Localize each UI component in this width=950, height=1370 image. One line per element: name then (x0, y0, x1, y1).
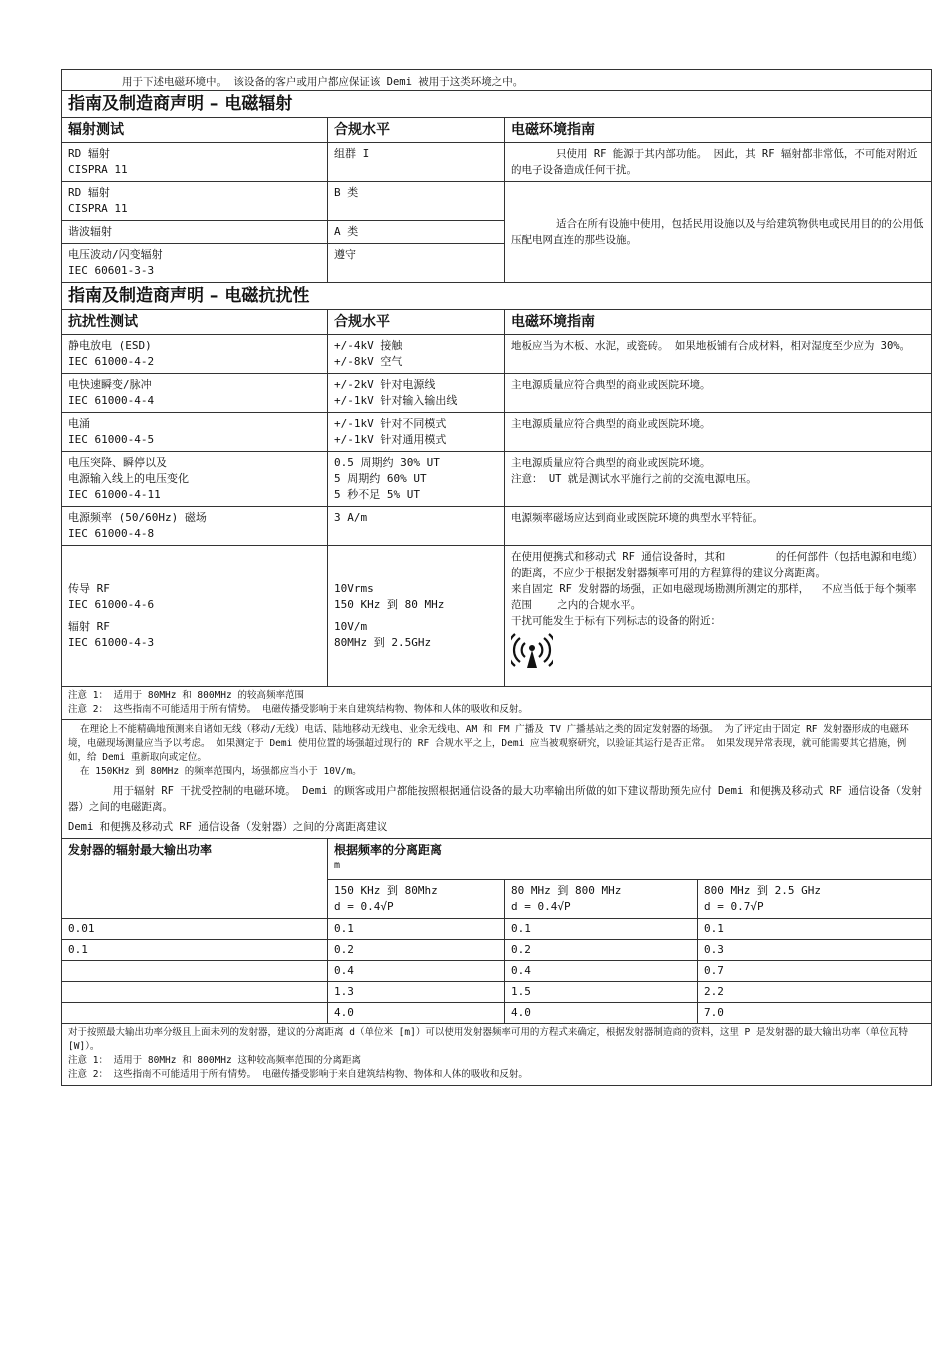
distance-value: 0.7 (698, 961, 932, 982)
separation-header-distance: 根据频率的分离距离 (334, 843, 442, 857)
non-ionizing-radiation-icon (511, 633, 553, 669)
immunity-row-rf: 传导 RF IEC 61000-4-6 辐射 RF IEC 61000-4-3 … (62, 546, 932, 687)
test-standard: CISPRA 11 (68, 162, 321, 178)
rf-guide-symbol: 干扰可能发生于标有下列标志的设备的附近： (511, 613, 925, 629)
intro-text: 用于下述电磁环境中。 该设备的客户或用户都应保证该 Demi 被用于这类环境之中… (62, 70, 932, 91)
compliance-level: 5 周期约 60% UT (334, 471, 498, 487)
test-standard: IEC 61000-4-6 (68, 597, 321, 613)
power-value: 0.1 (62, 940, 328, 961)
immunity-note-2: 注意 2： 这些指南不可能适用于所有情势。 电磁传播受影响于来自建筑结构物、物体… (68, 703, 925, 717)
distance-value: 0.4 (505, 961, 698, 982)
band-formula: d = 0.4√P (334, 899, 498, 915)
emission-guide: 只使用 RF 能源于其内部功能。 因此，其 RF 辐射都非常低，不可能对附近的电… (505, 143, 932, 182)
immunity-note-1: 注意 1： 适用于 80MHz 和 800MHz 的较高频率范围 (68, 689, 925, 703)
separation-row: 0.4 0.4 0.7 (62, 961, 932, 982)
immunity-row: 电源频率 (50/60Hz) 磁场IEC 61000-4-8 3 A/m 电源频… (62, 507, 932, 546)
test-name: 辐射 RF (68, 619, 321, 635)
band-range: 150 KHz 到 80Mhz (334, 883, 498, 899)
immunity-guide: 主电源质量应符合典型的商业或医院环境。 (505, 374, 932, 413)
test-standard: IEC 61000-4-4 (68, 393, 321, 409)
distance-value: 7.0 (698, 1003, 932, 1024)
field-strength-limit: 在 150KHz 到 80MHz 的频率范围内，场强都应当小于 10V/m。 (68, 765, 925, 779)
immunity-guide-note: 注意： UT 就是测试水平施行之前的交流电源电压。 (511, 471, 925, 487)
compliance-level: 遵守 (334, 247, 498, 263)
immunity-row: 电快速瞬变/脉冲IEC 61000-4-4 +/-2kV 针对电源线+/-1kV… (62, 374, 932, 413)
test-name: 电压突降、瞬停以及 (68, 455, 321, 471)
separation-footnote: 对于按照最大输出功率分级且上面未列的发射器，建议的分离距离 d（单位米 [m]）… (68, 1026, 925, 1054)
distance-value: 0.1 (698, 919, 932, 940)
separation-note-2: 注意 2： 这些指南不可能适用于所有情势。 电磁传播受影响于来自建筑结构物、物体… (68, 1068, 925, 1082)
emission-row: RD 辐射CISPRA 11 B 类 适合在所有设施中使用，包括民用设施以及与给… (62, 182, 932, 221)
distance-value: 0.1 (505, 919, 698, 940)
compliance-level: 3 A/m (334, 510, 498, 526)
test-name: 电快速瞬变/脉冲 (68, 377, 321, 393)
distance-value: 2.2 (698, 982, 932, 1003)
separation-note-1: 注意 1： 适用于 80MHz 和 800MHz 这种较高频率范围的分离距离 (68, 1054, 925, 1068)
power-value (62, 1003, 328, 1024)
power-value (62, 982, 328, 1003)
immunity-header-test: 抗扰性测试 (62, 310, 328, 335)
band-formula: d = 0.4√P (511, 899, 691, 915)
separation-header-power: 发射器的辐射最大输出功率 (62, 839, 328, 919)
compliance-level: 80MHz 到 2.5GHz (334, 635, 498, 651)
field-strength-paragraph: 在理论上不能精确地预测来自诸如无线（移动/无线）电话、陆地移动无线电、业余无线电… (68, 723, 925, 765)
immunity-guide: 电源频率磁场应达到商业或医院环境的典型水平特征。 (505, 507, 932, 546)
test-name: 谐波辐射 (68, 224, 321, 240)
compliance-level: +/-1kV 针对不同模式 (334, 416, 498, 432)
immunity-guide: 主电源质量应符合典型的商业或医院环境。 (511, 455, 925, 471)
separation-title: Demi 和便携及移动式 RF 通信设备（发射器）之间的分离距离建议 (68, 819, 925, 835)
separation-row: 0.01 0.1 0.1 0.1 (62, 919, 932, 940)
immunity-guide: 地板应当为木板、水泥，或瓷砖。 如果地板铺有合成材料，相对湿度至少应为 30%。 (505, 335, 932, 374)
immunity-row: 静电放电 (ESD)IEC 61000-4-2 +/-4kV 接触+/-8kV … (62, 335, 932, 374)
test-standard: IEC 61000-4-8 (68, 526, 321, 542)
separation-row: 4.0 4.0 7.0 (62, 1003, 932, 1024)
distance-value: 0.2 (328, 940, 505, 961)
compliance-level: A 类 (334, 224, 498, 240)
test-name: RD 辐射 (68, 146, 321, 162)
compliance-level: +/-4kV 接触 (334, 338, 498, 354)
test-standard: IEC 61000-4-2 (68, 354, 321, 370)
separation-row: 0.1 0.2 0.2 0.3 (62, 940, 932, 961)
separation-table: 发射器的辐射最大输出功率 根据频率的分离距离 m 150 KHz 到 80Mhz… (61, 839, 932, 1086)
emission-shared-guide: 适合在所有设施中使用，包括民用设施以及与给建筑物供电或民用目的的公用低压配电网直… (505, 182, 932, 283)
test-name: 静电放电 (ESD) (68, 338, 321, 354)
compliance-level: 5 秒不足 5% UT (334, 487, 498, 503)
band-range: 80 MHz 到 800 MHz (511, 883, 691, 899)
compliance-level: 组群 I (334, 146, 498, 162)
compliance-level: +/-8kV 空气 (334, 354, 498, 370)
test-standard: IEC 61000-4-5 (68, 432, 321, 448)
compliance-level: +/-1kV 针对通用模式 (334, 432, 498, 448)
distance-value: 4.0 (328, 1003, 505, 1024)
emission-header-test: 辐射测试 (62, 118, 328, 143)
test-standard: IEC 61000-4-11 (68, 487, 321, 503)
test-standard: IEC 61000-4-3 (68, 635, 321, 651)
power-value: 0.01 (62, 919, 328, 940)
test-name: 传导 RF (68, 581, 321, 597)
power-value (62, 961, 328, 982)
distance-value: 0.1 (328, 919, 505, 940)
compliance-level: 10V/m (334, 619, 498, 635)
distance-value: 0.4 (328, 961, 505, 982)
distance-value: 1.5 (505, 982, 698, 1003)
distance-value: 0.2 (505, 940, 698, 961)
immunity-guide: 主电源质量应符合典型的商业或医院环境。 (505, 413, 932, 452)
immunity-row: 电涌IEC 61000-4-5 +/-1kV 针对不同模式+/-1kV 针对通用… (62, 413, 932, 452)
emission-section-title: 指南及制造商声明 – 电磁辐射 (62, 91, 932, 118)
distance-value: 1.3 (328, 982, 505, 1003)
compliance-level: +/-1kV 针对输入输出线 (334, 393, 498, 409)
compliance-level: +/-2kV 针对电源线 (334, 377, 498, 393)
compliance-level: 10Vrms (334, 581, 498, 597)
distance-value: 0.3 (698, 940, 932, 961)
test-name: 电压波动/闪变辐射 (68, 247, 321, 263)
test-name: RD 辐射 (68, 185, 321, 201)
test-name: 电源输入线上的电压变化 (68, 471, 321, 487)
emc-declaration-page: 用于下述电磁环境中。 该设备的客户或用户都应保证该 Demi 被用于这类环境之中… (61, 69, 931, 1086)
test-standard: IEC 60601-3-3 (68, 263, 321, 279)
test-standard: CISPRA 11 (68, 201, 321, 217)
separation-row: 1.3 1.5 2.2 (62, 982, 932, 1003)
compliance-level: B 类 (334, 185, 498, 201)
band-range: 800 MHz 到 2.5 GHz (704, 883, 925, 899)
immunity-row: 电压突降、瞬停以及电源输入线上的电压变化IEC 61000-4-11 0.5 周… (62, 452, 932, 507)
rf-guide-portable: 在使用便携式和移动式 RF 通信设备时，其和 的任何部件（包括电源和电缆）的距离… (511, 549, 925, 581)
emission-table: 用于下述电磁环境中。 该设备的客户或用户都应保证该 Demi 被用于这类环境之中… (61, 69, 932, 839)
rf-guide-fixed: 来自固定 RF 发射器的场强，正如电磁现场勘测所测定的那样， 不应当低于每个频率… (511, 581, 925, 613)
band-formula: d = 0.7√P (704, 899, 925, 915)
compliance-level: 150 KHz 到 80 MHz (334, 597, 498, 613)
test-name: 电源频率 (50/60Hz) 磁场 (68, 510, 321, 526)
immunity-header-level: 合规水平 (328, 310, 505, 335)
distance-value: 4.0 (505, 1003, 698, 1024)
compliance-level: 0.5 周期约 30% UT (334, 455, 498, 471)
emission-header-guide: 电磁环境指南 (505, 118, 932, 143)
emission-header-level: 合规水平 (328, 118, 505, 143)
separation-unit: m (334, 858, 925, 874)
immunity-header-guide: 电磁环境指南 (505, 310, 932, 335)
immunity-section-title: 指南及制造商声明 – 电磁抗扰性 (62, 283, 932, 310)
emission-row: RD 辐射CISPRA 11 组群 I 只使用 RF 能源于其内部功能。 因此，… (62, 143, 932, 182)
separation-intro: 用于辐射 RF 干扰受控制的电磁环境。 Demi 的顾客或用户都能按照根据通信设… (68, 783, 925, 815)
test-name: 电涌 (68, 416, 321, 432)
